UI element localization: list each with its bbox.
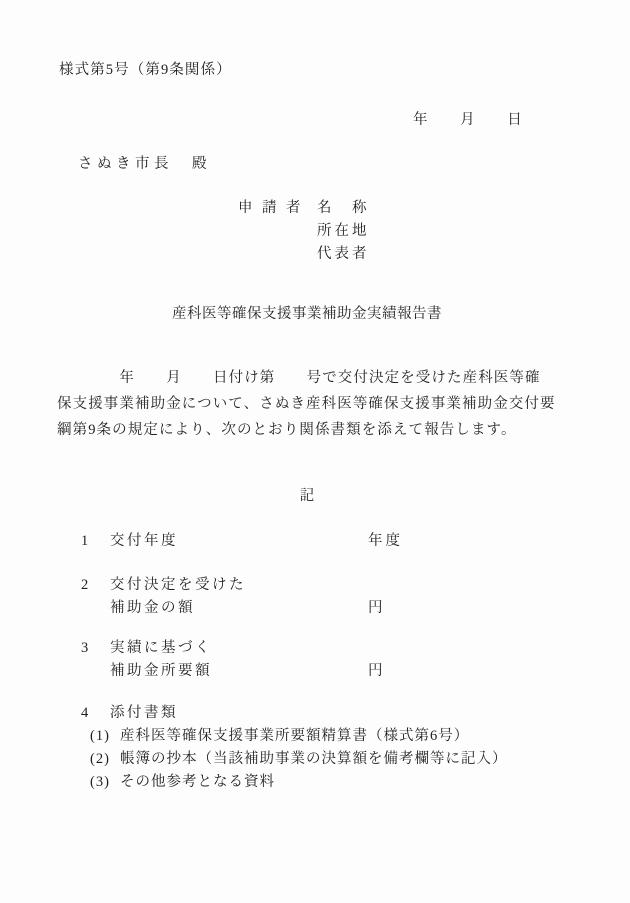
attachment-item-2: (2)帳簿の抄本（当該補助事業の決算額を備考欄等に記入） — [90, 751, 508, 768]
item-3-value-unit: 円 — [368, 663, 386, 680]
applicant-field-representative: 代表者 — [317, 246, 370, 263]
applicant-label: 申請者 — [238, 200, 310, 217]
item-3-label-line-2: 補助金所要額 — [110, 663, 212, 680]
attachment-3-marker: (3) — [90, 774, 120, 791]
document-page: 様式第5号（第9条関係） 年 月 日 さぬき市長 殿 申請者 名 称 所在地 代… — [0, 0, 630, 903]
attachment-2-marker: (2) — [90, 751, 120, 768]
form-number: 様式第5号（第9条関係） — [59, 62, 232, 79]
attachment-item-1: (1)産科医等確保支援事業所要額精算書（様式第6号） — [90, 728, 469, 745]
body-paragraph-line-1: 年 月 日付け第 号で交付決定を受けた産科医等確 — [57, 370, 541, 387]
item-2-label-line-1: 交付決定を受けた — [110, 577, 246, 594]
item-4-label: 添付書類 — [110, 705, 178, 722]
attachment-3-text: その他参考となる資料 — [120, 774, 275, 790]
item-4-number: 4 — [81, 705, 88, 722]
document-title: 産科医等確保支援事業補助金実績報告書 — [57, 306, 557, 323]
attachment-2-text: 帳簿の抄本（当該補助事業の決算額を備考欄等に記入） — [120, 751, 508, 767]
body-paragraph-line-2: 保支援事業補助金について、さぬき産科医等確保支援事業補助金交付要 — [57, 396, 556, 413]
item-2-label-line-2: 補助金の額 — [110, 600, 195, 617]
item-1-value-unit: 年度 — [368, 533, 403, 550]
attachment-1-text: 産科医等確保支援事業所要額精算書（様式第6号） — [120, 728, 469, 744]
item-3-number: 3 — [81, 640, 88, 657]
item-1-number: 1 — [81, 533, 88, 550]
item-1-label: 交付年度 — [110, 533, 178, 550]
item-2-number: 2 — [81, 577, 88, 594]
attachment-item-3: (3)その他参考となる資料 — [90, 774, 275, 791]
date-placeholder: 年 月 日 — [413, 112, 523, 129]
applicant-field-address: 所在地 — [317, 223, 370, 240]
applicant-field-name: 名 称 — [317, 200, 370, 217]
addressee: さぬき市長 殿 — [78, 156, 211, 173]
record-marker: 記 — [57, 488, 557, 505]
attachment-1-marker: (1) — [90, 728, 120, 745]
item-2-value-unit: 円 — [368, 600, 386, 617]
body-paragraph-line-3: 綱第9条の規定により、次のとおり関係書類を添えて報告します。 — [57, 422, 517, 439]
item-3-label-line-1: 実績に基づく — [110, 640, 212, 657]
